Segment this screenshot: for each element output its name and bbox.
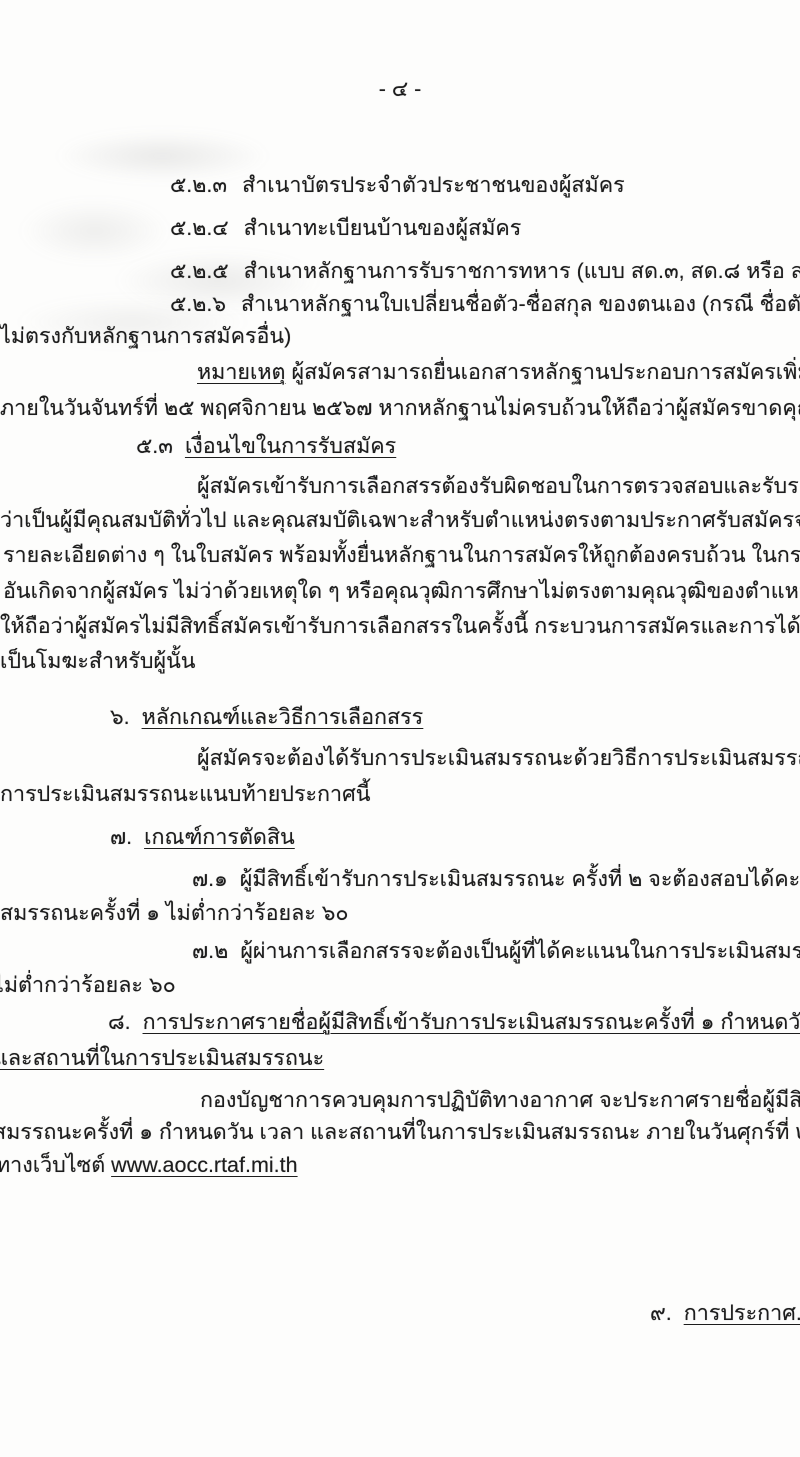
section-7-heading: ๗.เกณฑ์การตัดสิน bbox=[110, 822, 295, 852]
scanned-document-page: - ๔ - ๕.๒.๓สำเนาบัตรประจำตัวประชาชนของผู… bbox=[0, 0, 800, 1457]
item-7-2-line-2: ไม่ต่ำกว่าร้อยละ ๖๐ bbox=[0, 970, 176, 1000]
paragraph-line: อันเกิดจากผู้สมัคร ไม่ว่าด้วยเหตุใด ๆ หร… bbox=[3, 576, 800, 606]
section-number: ๗. bbox=[110, 822, 132, 852]
section-title: การประกาศรายชื่อผู้มีสิทธิ์เข้ารับการประ… bbox=[143, 1010, 800, 1034]
paragraph-line: กองบัญชาการควบคุมการปฏิบัติทางอากาศ จะปร… bbox=[200, 1085, 800, 1115]
list-item-5-2-3: ๕.๒.๓สำเนาบัตรประจำตัวประชาชนของผู้สมัคร bbox=[170, 170, 625, 200]
section-number: ๕.๓ bbox=[136, 431, 173, 461]
scan-smudge bbox=[20, 200, 170, 262]
paragraph-line: ผู้สมัครเข้ารับการเลือกสรรต้องรับผิดชอบใ… bbox=[197, 471, 800, 501]
website-prefix: ทางเว็บไซต์ bbox=[0, 1153, 105, 1177]
item-number: ๕.๒.๕ bbox=[170, 256, 229, 286]
section-title: เงื่อนไขในการรับสมัคร bbox=[185, 434, 396, 458]
section-number: ๖. bbox=[110, 702, 130, 732]
section-5-3-heading: ๕.๓เงื่อนไขในการรับสมัคร bbox=[136, 431, 396, 461]
paragraph-line: เป็นโมฆะสำหรับผู้นั้น bbox=[0, 646, 195, 676]
section-8-heading-line-2: และสถานที่ในการประเมินสมรรถนะ bbox=[0, 1043, 324, 1073]
item-7-2-line-1: ๗.๒ผู้ผ่านการเลือกสรรจะต้องเป็นผู้ที่ได้… bbox=[192, 936, 800, 966]
item-number: ๕.๒.๖ bbox=[170, 289, 226, 319]
paragraph-line: สมรรถนะครั้งที่ ๑ กำหนดวัน เวลา และสถานท… bbox=[0, 1117, 800, 1147]
item-7-1-line-2: สมรรถนะครั้งที่ ๑ ไม่ต่ำกว่าร้อยละ ๖๐ bbox=[0, 898, 349, 928]
list-item-5-2-4: ๕.๒.๔สำเนาทะเบียนบ้านของผู้สมัคร bbox=[170, 213, 521, 243]
item-number: ๕.๒.๔ bbox=[170, 213, 229, 243]
catchword-text: การประกาศ... bbox=[684, 1301, 800, 1325]
item-text: ผู้มีสิทธิ์เข้ารับการประเมินสมรรถนะ ครั้… bbox=[240, 867, 800, 891]
item-text: ผู้ผ่านการเลือกสรรจะต้องเป็นผู้ที่ได้คะแ… bbox=[240, 939, 800, 963]
paragraph-line: ผู้สมัครจะต้องได้รับการประเมินสมรรถนะด้ว… bbox=[197, 743, 800, 773]
paragraph-line: รายละเอียดต่าง ๆ ในใบสมัคร พร้อมทั้งยื่น… bbox=[3, 540, 800, 570]
paragraph-line: ว่าเป็นผู้มีคุณสมบัติทั่วไป และคุณสมบัติ… bbox=[0, 505, 800, 535]
website-url: www.aocc.rtaf.mi.th bbox=[111, 1153, 297, 1177]
item-text: สำเนาหลักฐานการรับราชการทหาร (แบบ สด.๓, … bbox=[244, 259, 800, 283]
section-number: ๘. bbox=[108, 1007, 131, 1037]
section-title: เกณฑ์การตัดสิน bbox=[144, 825, 295, 849]
section-6-heading: ๖.หลักเกณฑ์และวิธีการเลือกสรร bbox=[110, 702, 423, 732]
list-item-5-2-6-continuation: ไม่ตรงกับหลักฐานการสมัครอื่น) bbox=[0, 321, 291, 351]
paragraph-line: การประเมินสมรรถนะแนบท้ายประกาศนี้ bbox=[0, 779, 370, 809]
item-text: สำเนาบัตรประจำตัวประชาชนของผู้สมัคร bbox=[242, 173, 625, 197]
list-item-5-2-5: ๕.๒.๕สำเนาหลักฐานการรับราชการทหาร (แบบ ส… bbox=[170, 256, 800, 286]
footer-catchword: ๙.การประกาศ... bbox=[650, 1298, 800, 1328]
page-number: - ๔ - bbox=[0, 74, 800, 104]
item-number: ๗.๒ bbox=[192, 936, 228, 966]
website-line: ทางเว็บไซต์ www.aocc.rtaf.mi.th bbox=[0, 1150, 298, 1180]
catchword-number: ๙. bbox=[650, 1298, 672, 1328]
item-7-1-line-1: ๗.๑ผู้มีสิทธิ์เข้ารับการประเมินสมรรถนะ ค… bbox=[192, 864, 800, 894]
paragraph-line: ให้ถือว่าผู้สมัครไม่มีสิทธิ์สมัครเข้ารับ… bbox=[0, 611, 800, 641]
section-8-heading-line-1: ๘.การประกาศรายชื่อผู้มีสิทธิ์เข้ารับการป… bbox=[108, 1007, 800, 1037]
note-line-1: หมายเหตุ ผู้สมัครสามารถยื่นเอกสารหลักฐาน… bbox=[197, 357, 800, 387]
item-text: สำเนาทะเบียนบ้านของผู้สมัคร bbox=[244, 216, 522, 240]
item-text: สำเนาหลักฐานใบเปลี่ยนชื่อตัว-ชื่อสกุล ขอ… bbox=[241, 292, 800, 316]
section-title: หลักเกณฑ์และวิธีการเลือกสรร bbox=[142, 705, 424, 729]
note-line-2: ภายในวันจันทร์ที่ ๒๕ พฤศจิกายน ๒๕๖๗ หากห… bbox=[0, 393, 800, 423]
list-item-5-2-6: ๕.๒.๖สำเนาหลักฐานใบเปลี่ยนชื่อตัว-ชื่อสก… bbox=[170, 289, 800, 319]
note-label: หมายเหตุ bbox=[197, 360, 286, 384]
note-text: ผู้สมัครสามารถยื่นเอกสารหลักฐานประกอบการ… bbox=[291, 360, 800, 384]
item-number: ๗.๑ bbox=[192, 864, 228, 894]
item-number: ๕.๒.๓ bbox=[170, 170, 227, 200]
